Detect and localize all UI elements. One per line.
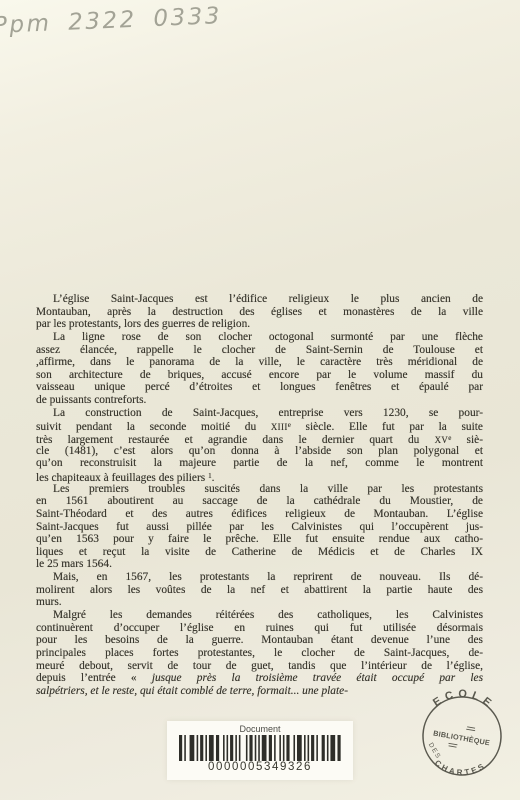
barcode-label: Document 0000005349326: [167, 721, 353, 780]
handwritten-shelfmark: Ppm 2322 0333: [0, 3, 223, 39]
text-segment: par les protestants, lors des guerres de…: [36, 318, 250, 330]
stamp-bibliotheque-text: BIBLIOTHÈQUE: [433, 729, 491, 748]
text-line: Malgré les demandes réitérées des cathol…: [36, 609, 483, 622]
text-segment: son architecture de briques, accusé enco…: [36, 369, 483, 381]
scanned-page: Ppm 2322 0333 L’église Saint-Jacques est…: [0, 0, 520, 800]
text-segment: Montauban, après la destruction des égli…: [36, 306, 483, 318]
text-line: ,affirme, dans le panorama de la ville, …: [36, 356, 483, 369]
text-line: Saint-Théodard et des autres édifices re…: [36, 508, 483, 521]
paragraph: Les premiers troubles suscités dans la v…: [36, 483, 483, 571]
text-line: les chapiteaux à feuillages des piliers …: [36, 470, 483, 483]
text-line: continuèrent d’occuper l’église en ruine…: [36, 622, 483, 635]
text-segment: jusque près la troisième travée était oc…: [152, 672, 483, 684]
text-segment: qu’en 1563 pour y faire le prêche. Elle …: [36, 533, 483, 545]
text-line: liques et reçut la visite de Catherine d…: [36, 546, 483, 559]
text-segment: La ligne rose de son clocher octogonal s…: [53, 331, 483, 343]
text-line: qu’en 1563 pour y faire le prêche. Elle …: [36, 533, 483, 546]
text-line: Les premiers troubles suscités dans la v…: [36, 483, 483, 496]
text-line: principales places fortes protestantes, …: [36, 647, 483, 660]
text-segment: continuèrent d’occuper l’église en ruine…: [36, 622, 483, 634]
text-line: Mais, en 1567, les protestants la reprir…: [36, 571, 483, 584]
text-segment: Mais, en 1567, les protestants la reprir…: [53, 571, 483, 583]
text-segment: en 1561 aboutirent au saccage de la cath…: [36, 495, 483, 507]
text-line: très largement restaurée et agrandie dan…: [36, 432, 483, 445]
text-segment: principales places fortes protestantes, …: [36, 647, 483, 659]
text-segment: Saint-Théodard et des autres édifices re…: [36, 508, 483, 520]
text-line: par les protestants, lors des guerres de…: [36, 318, 483, 331]
text-segment: de puissants contreforts.: [36, 394, 146, 406]
text-line: depuis l’entrée « jusque près la troisiè…: [36, 672, 483, 685]
text-segment: assez élancée, rappelle le clocher de Sa…: [36, 344, 483, 356]
paragraph: La construction de Saint-Jacques, entrep…: [36, 407, 483, 483]
text-segment: Les premiers troubles suscités dans la v…: [53, 483, 483, 495]
text-segment: vaisseau unique percé d’étroites et long…: [36, 381, 483, 393]
text-line: de puissants contreforts.: [36, 394, 483, 407]
barcode-caption: Document: [239, 724, 280, 734]
text-segment: L’église Saint-Jacques est l’édifice rel…: [53, 293, 483, 305]
text-line: suivit pendant la seconde moitié du xiii…: [36, 419, 483, 432]
text-segment: meuré debout, servit de tour de guet, ta…: [36, 660, 483, 672]
text-segment: ,affirme, dans le panorama de la ville, …: [36, 356, 483, 368]
text-line: Saint-Jacques fut aussi pillée par les C…: [36, 521, 483, 534]
text-segment: pour les besoins de la guerre. Montauban…: [36, 634, 483, 646]
barcode-number: 0000005349326: [208, 761, 312, 773]
barcode: [179, 735, 341, 761]
text-line: pour les besoins de la guerre. Montauban…: [36, 634, 483, 647]
library-stamp: ECOLE CHARTES DES BIBLIOTHÈQUE: [410, 684, 514, 788]
text-segment: Saint-Jacques fut aussi pillée par les C…: [36, 521, 483, 533]
text-line: le 25 mars 1564.: [36, 558, 483, 571]
text-segment: molirent alors les voûtes de la nef et a…: [36, 584, 483, 596]
text-segment: liques et reçut la visite de Catherine d…: [36, 546, 483, 558]
text-segment: salpétriers, et le reste, qui était comb…: [36, 685, 348, 697]
paragraph: Mais, en 1567, les protestants la reprir…: [36, 571, 483, 609]
text-segment: murs.: [36, 596, 62, 608]
stamp-chartes-text: CHARTES: [432, 758, 488, 778]
text-line: son architecture de briques, accusé enco…: [36, 369, 483, 382]
paragraph: L’église Saint-Jacques est l’édifice rel…: [36, 293, 483, 331]
text-line: La ligne rose de son clocher octogonal s…: [36, 331, 483, 344]
text-line: en 1561 aboutirent au saccage de la cath…: [36, 495, 483, 508]
text-segment: qu’on reconstruisit la majeure partie de…: [36, 457, 483, 469]
text-line: molirent alors les voûtes de la nef et a…: [36, 584, 483, 597]
text-line: assez élancée, rappelle le clocher de Sa…: [36, 344, 483, 357]
text-segment: cle (1481), c’est alors qu’on donna à l’…: [36, 445, 483, 457]
text-line: murs.: [36, 596, 483, 609]
stamp-school-text: ECOLE: [430, 686, 497, 712]
text-segment: le 25 mars 1564.: [36, 558, 112, 570]
text-segment: La construction de Saint-Jacques, entrep…: [53, 407, 483, 419]
text-segment: depuis l’entrée «: [36, 672, 152, 684]
text-line: meuré debout, servit de tour de guet, ta…: [36, 660, 483, 673]
document-text: L’église Saint-Jacques est l’édifice rel…: [36, 293, 483, 698]
text-line: cle (1481), c’est alors qu’on donna à l’…: [36, 445, 483, 458]
paragraph: La ligne rose de son clocher octogonal s…: [36, 331, 483, 407]
text-line: qu’on reconstruisit la majeure partie de…: [36, 457, 483, 470]
text-line: Montauban, après la destruction des égli…: [36, 306, 483, 319]
text-line: L’église Saint-Jacques est l’édifice rel…: [36, 293, 483, 306]
text-segment: Malgré les demandes réitérées des cathol…: [53, 609, 483, 621]
text-line: La construction de Saint-Jacques, entrep…: [36, 407, 483, 420]
text-line: vaisseau unique percé d’étroites et long…: [36, 381, 483, 394]
